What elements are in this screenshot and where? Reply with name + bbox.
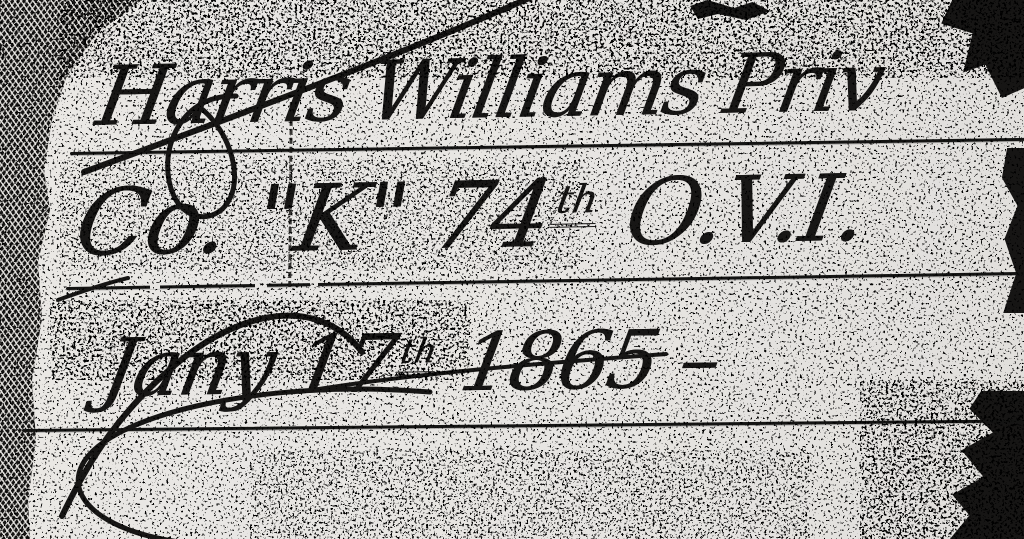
ruled-line-2-gap	[310, 281, 318, 287]
handwritten-unit-line: Co. "K" 74th O.V.I.	[68, 154, 875, 277]
ink-smudge-right	[998, 148, 1024, 313]
ruled-line-3	[22, 419, 1024, 432]
unit-ordinal-suffix: th	[550, 177, 603, 228]
name-text: Harris Williams Priv	[90, 35, 889, 145]
handwritten-date-line: Jany 17th 1865 –	[96, 312, 727, 415]
date-text-prefix: Jany 17	[96, 317, 402, 415]
date-text-suffix: 1865 –	[430, 312, 727, 410]
ruled-line-2	[66, 272, 1024, 290]
ruled-line-2-gap	[150, 283, 160, 289]
ink-blot-bottom-right	[946, 391, 1024, 539]
ink-blot-top-right	[932, 0, 1024, 98]
unit-text-suffix: O.V.I.	[590, 154, 875, 266]
ruled-line-2-gap	[255, 282, 267, 288]
ink-blot-top	[690, 0, 770, 20]
handwritten-name-line: Harris Williams Priv	[90, 35, 889, 145]
scanned-document: Harris Williams Priv Co. "K" 74th O.V.I.…	[0, 0, 1024, 539]
unit-text-prefix: Co. "K" 74	[68, 161, 559, 277]
date-ordinal-suffix: th	[395, 331, 442, 376]
